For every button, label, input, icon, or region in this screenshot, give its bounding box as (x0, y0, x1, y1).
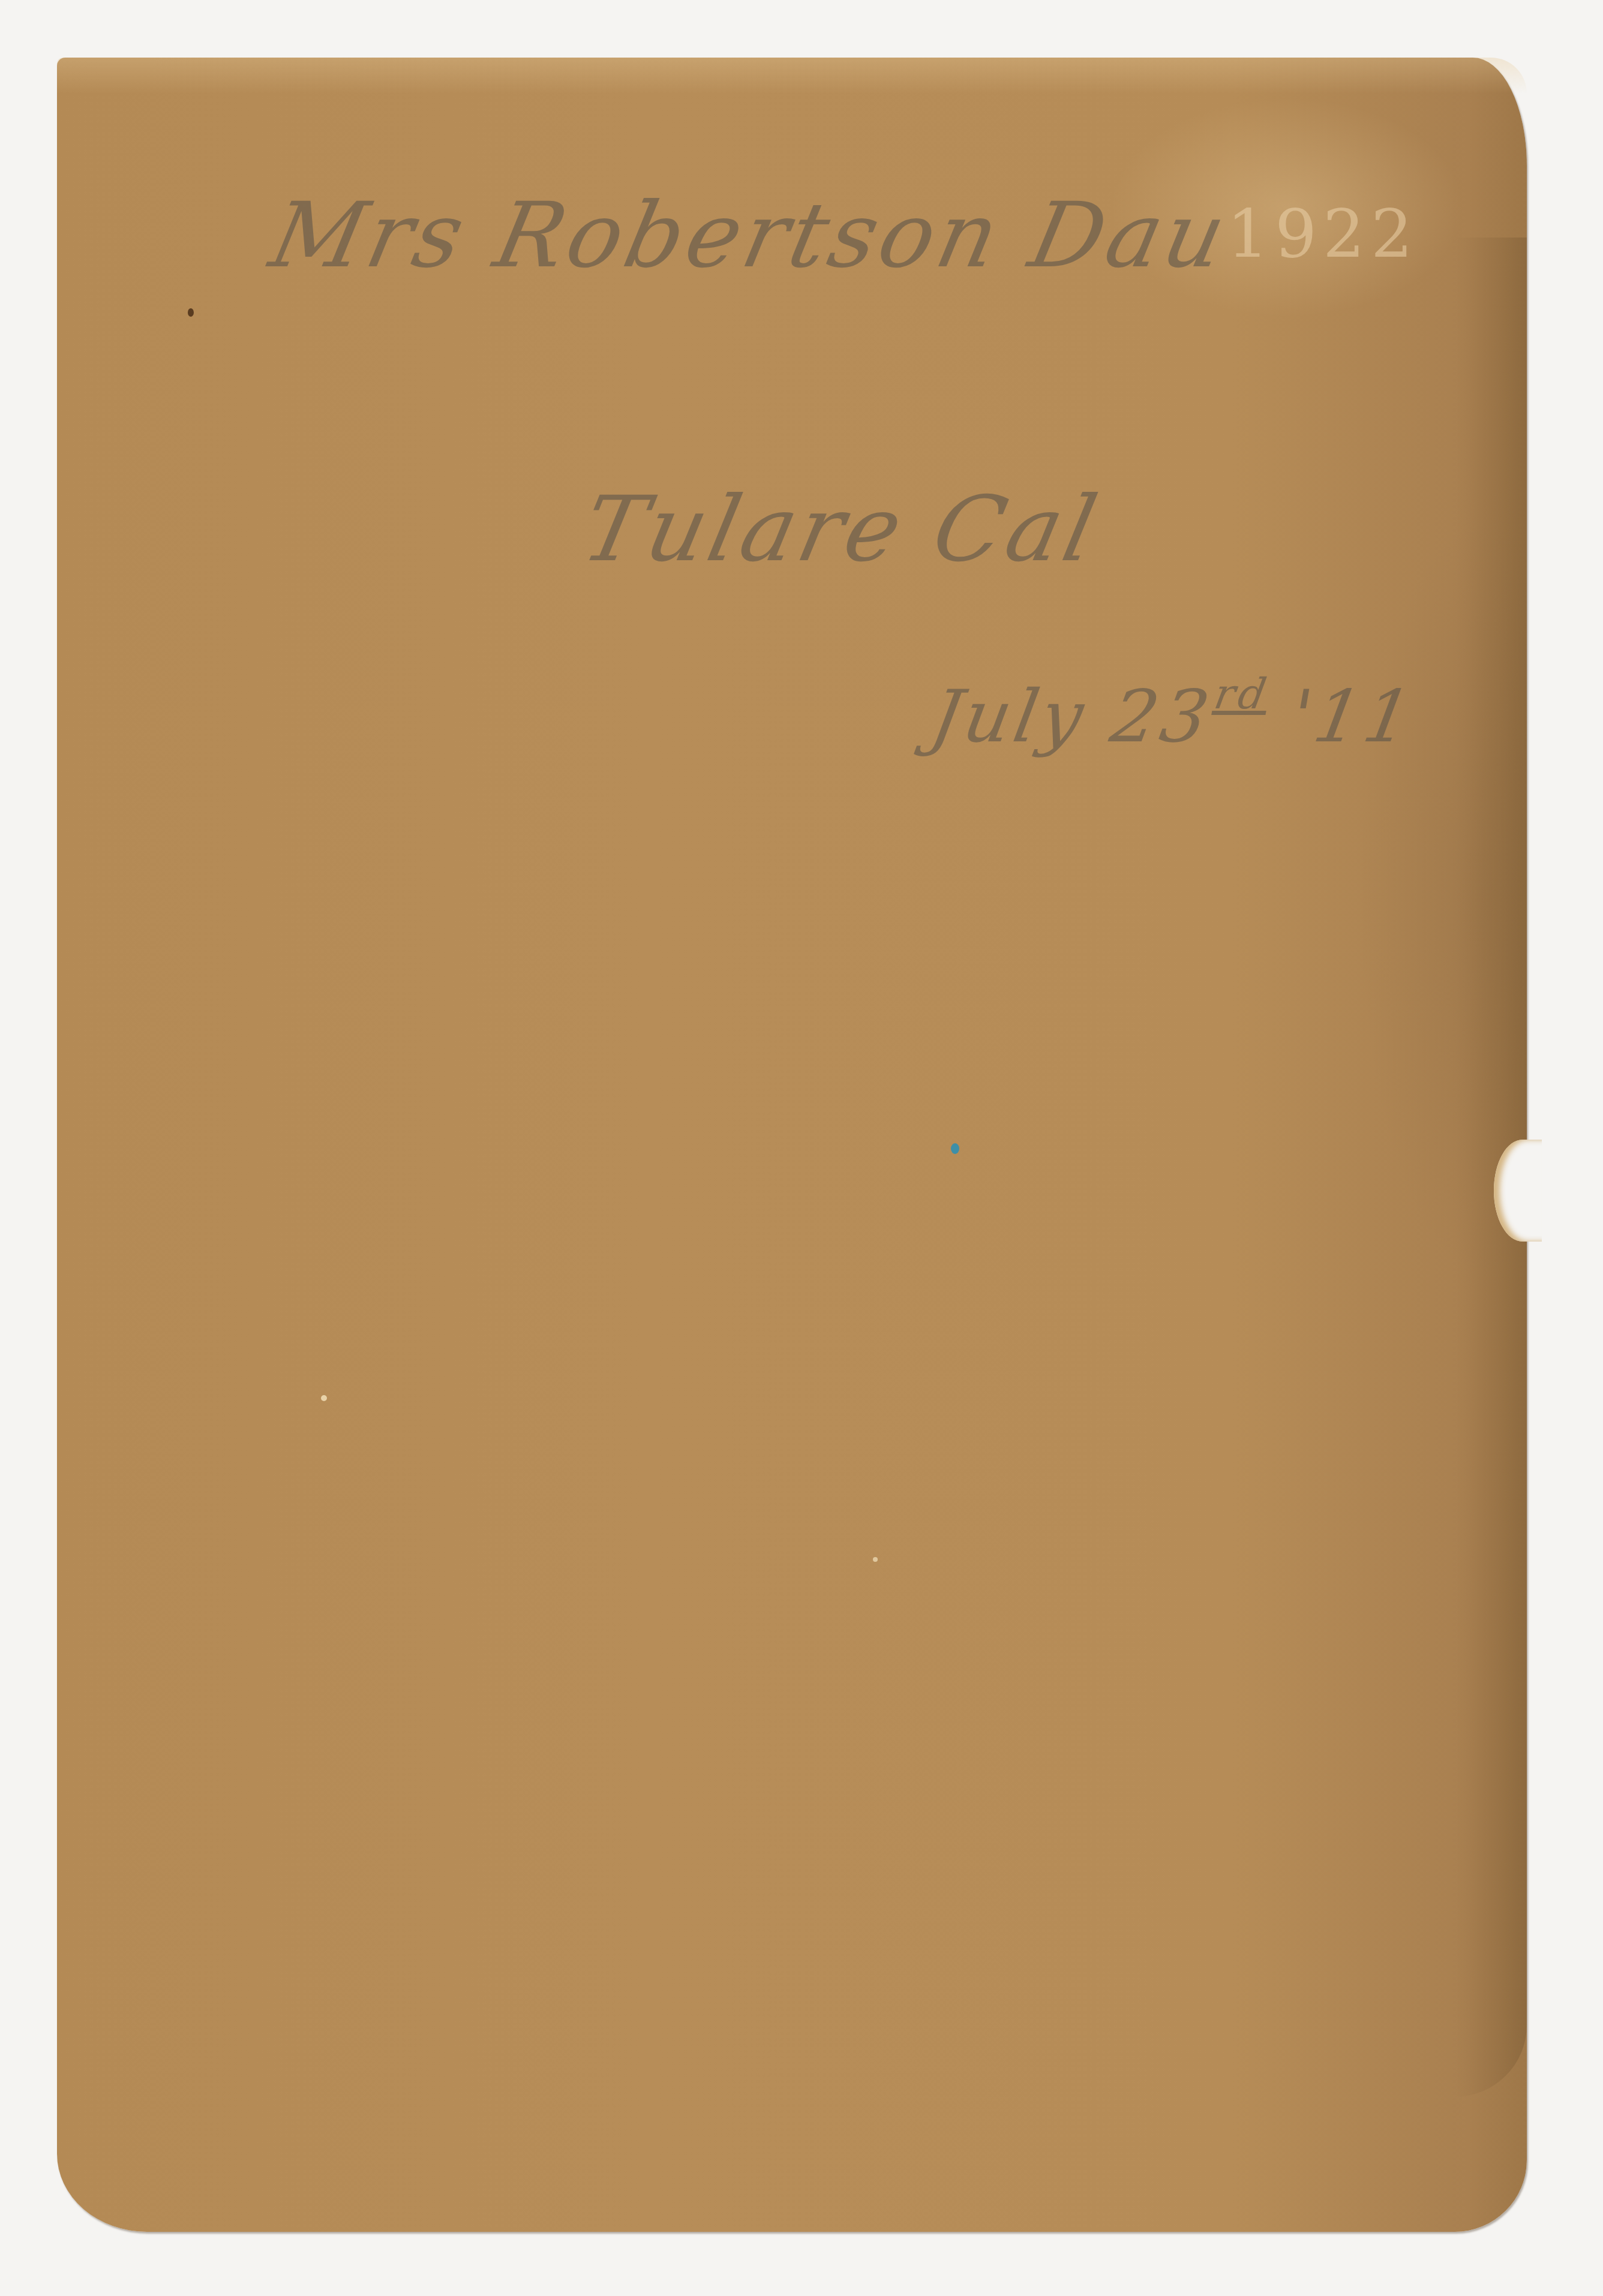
speck-blue (951, 1143, 959, 1154)
scanned-document: 1922 Mrs Robertson Dau Tulare Cal July 2… (0, 0, 1603, 2296)
speck-dark (188, 308, 194, 317)
speck-light (873, 1557, 878, 1562)
date-year: '11 (1284, 675, 1421, 759)
inscription-date: July 23rd '11 (925, 669, 1422, 759)
inscription-place: Tulare Cal (574, 477, 1109, 582)
date-main: July 23 (925, 675, 1218, 759)
speck-light (321, 1395, 327, 1401)
date-suffix: rd (1211, 669, 1274, 719)
cabinet-card-back: 1922 Mrs Robertson Dau Tulare Cal July 2… (57, 58, 1527, 2232)
faded-stamp-mark: 1922 (1227, 196, 1419, 272)
inscription-name: Mrs Robertson Dau (262, 184, 1238, 288)
